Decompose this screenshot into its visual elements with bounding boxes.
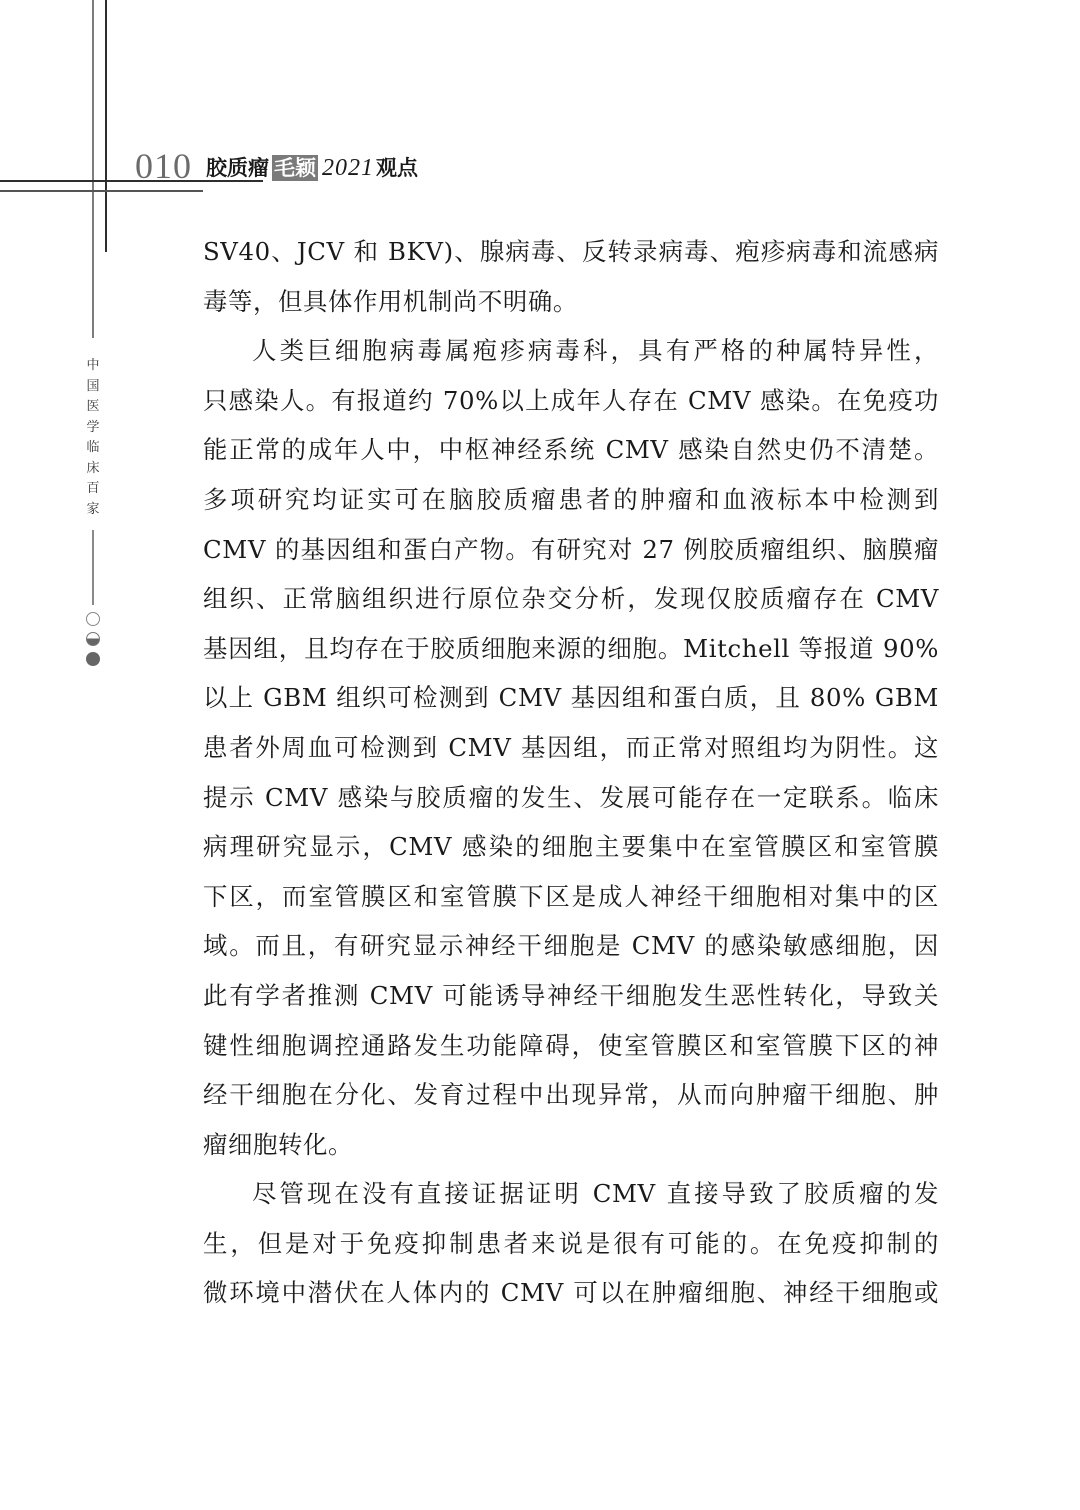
- text-line: CMV 的基因组和蛋白产物。有研究对 27 例胶质瘤组织、脑膜瘤: [203, 525, 939, 575]
- side-label-char: 中: [83, 356, 103, 377]
- text-line: 多项研究均证实可在脑胶质瘤患者的肿瘤和血液标本中检测到: [203, 475, 939, 525]
- vertical-rule-outer: [92, 0, 94, 338]
- text-line: 生，但是对于免疫抑制患者来说是很有可能的。在免疫抑制的: [203, 1219, 939, 1269]
- text-line: 经干细胞在分化、发育过程中出现异常，从而向肿瘤干细胞、肿: [203, 1070, 939, 1120]
- filled-circle-icon: [86, 652, 100, 666]
- series-side-label: 中 国 医 学 临 床 百 家: [83, 356, 103, 520]
- text-line: 此有学者推测 CMV 可能诱导神经干细胞发生恶性转化，导致关: [203, 971, 939, 1021]
- side-label-char: 医: [83, 397, 103, 418]
- text-line: 瘤细胞转化。: [203, 1120, 939, 1170]
- vertical-rule-inner: [105, 0, 107, 252]
- title-part2: 观点: [376, 155, 418, 181]
- text-line: 以上 GBM 组织可检测到 CMV 基因组和蛋白质，且 80% GBM: [203, 673, 939, 723]
- text-line: 只感染人。有报道约 70%以上成年人存在 CMV 感染。在免疫功: [203, 376, 939, 426]
- text-line: 组织、正常脑组织进行原位杂交分析，发现仅胶质瘤存在 CMV: [203, 574, 939, 624]
- title-highlight: 毛颖: [272, 155, 318, 181]
- side-label-char: 家: [83, 500, 103, 521]
- side-label-char: 临: [83, 438, 103, 459]
- text-line: 患者外周血可检测到 CMV 基因组，而正常对照组均为阴性。这: [203, 723, 939, 773]
- side-label-char: 学: [83, 418, 103, 439]
- book-title: 胶质瘤 毛颖 2021 观点: [206, 155, 418, 184]
- text-line: 尽管现在没有直接证据证明 CMV 直接导致了胶质瘤的发: [203, 1169, 939, 1219]
- title-year: 2021: [322, 155, 374, 181]
- text-line: 能正常的成年人中，中枢神经系统 CMV 感染自然史仍不清楚。: [203, 425, 939, 475]
- text-line: 人类巨细胞病毒属疱疹病毒科，具有严格的种属特异性，: [203, 326, 939, 376]
- text-line: 基因组，且均存在于胶质细胞来源的细胞。Mitchell 等报道 90%: [203, 624, 939, 674]
- page-number: 010: [135, 148, 192, 184]
- side-label-char: 床: [83, 459, 103, 480]
- text-line: 提示 CMV 感染与胶质瘤的发生、发展可能存在一定联系。临床: [203, 773, 939, 823]
- text-line: 键性细胞调控通路发生功能障碍，使室管膜区和室管膜下区的神: [203, 1021, 939, 1071]
- text-line: 下区，而室管膜区和室管膜下区是成人神经干细胞相对集中的区: [203, 872, 939, 922]
- side-divider-line: [92, 530, 94, 605]
- running-header: 010 胶质瘤 毛颖 2021 观点: [135, 140, 418, 184]
- half-filled-circle-icon: [86, 632, 100, 646]
- side-label-char: 国: [83, 377, 103, 398]
- text-line: 病理研究显示，CMV 感染的细胞主要集中在室管膜区和室管膜: [203, 822, 939, 872]
- title-part1: 胶质瘤: [206, 155, 269, 181]
- empty-circle-icon: [86, 612, 100, 626]
- text-line: 毒等，但具体作用机制尚不明确。: [203, 277, 939, 327]
- body-text: SV40、JCV 和 BKV)、腺病毒、反转录病毒、疱疹病毒和流感病 毒等，但具…: [203, 227, 939, 1318]
- side-label-char: 百: [83, 479, 103, 500]
- horizontal-rule-bottom: [0, 190, 203, 192]
- text-line: 域。而且，有研究显示神经干细胞是 CMV 的感染敏感细胞，因: [203, 921, 939, 971]
- text-line: 微环境中潜伏在人体内的 CMV 可以在肿瘤细胞、神经干细胞或: [203, 1268, 939, 1318]
- text-line: SV40、JCV 和 BKV)、腺病毒、反转录病毒、疱疹病毒和流感病: [203, 227, 939, 277]
